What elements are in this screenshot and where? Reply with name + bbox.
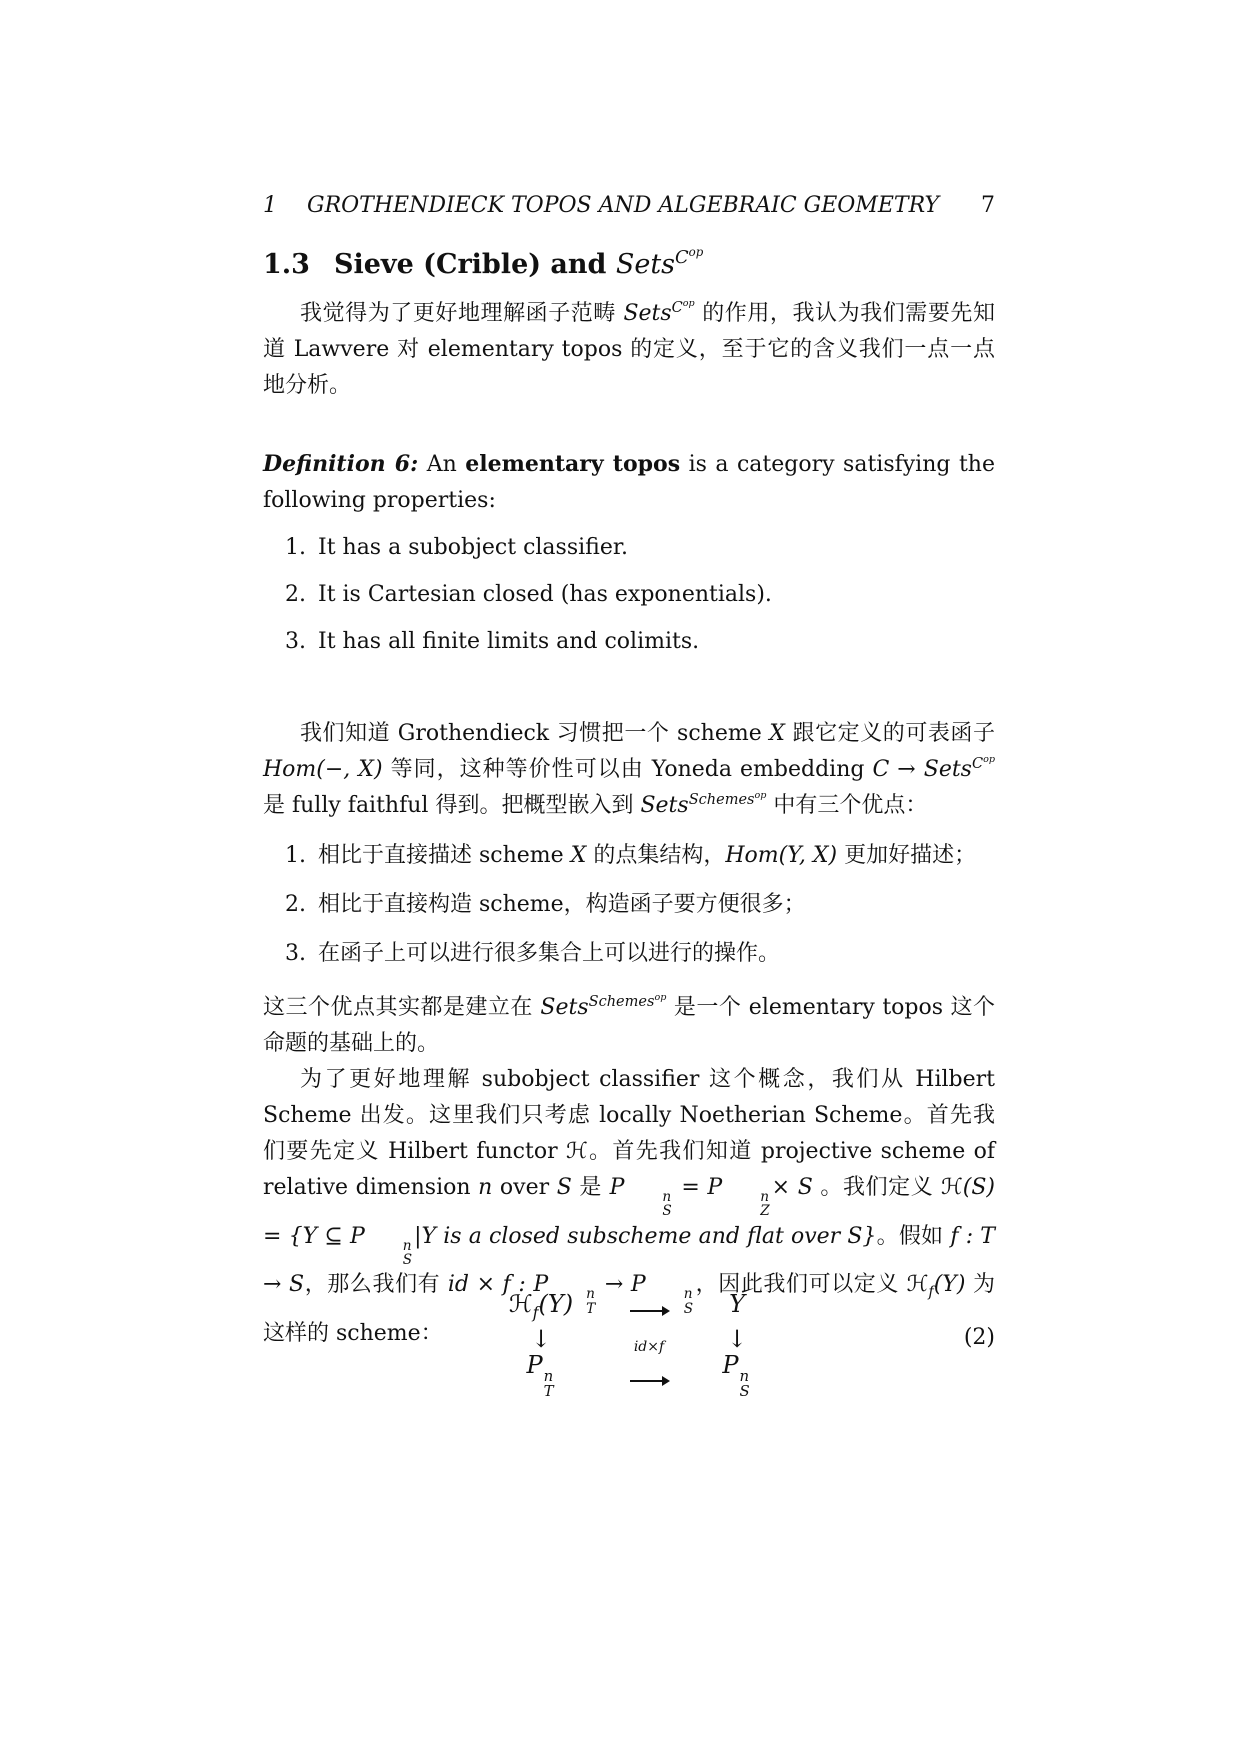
math-run: Hom(−, X) xyxy=(263,757,383,782)
text-run: 等同，这种等价性可以由 Yoneda embedding xyxy=(383,757,873,782)
math-script-h: ℋ xyxy=(566,1139,588,1164)
math-projective-space: PnZ xyxy=(707,1175,771,1200)
paragraph-definition: Definition 6: An elementary topos is a c… xyxy=(263,446,995,519)
math-run: Hom(Y, X) xyxy=(725,843,837,868)
list-item-number: 1. xyxy=(285,838,318,874)
math-run: S xyxy=(557,1175,572,1200)
equation-block: ℋf(Y) Y ↓ ↓ PnT id×f PnS (2) xyxy=(263,1286,995,1406)
text-run: 是 xyxy=(572,1175,610,1200)
list-item: 1.相比于直接描述 scheme X 的点集结构，Hom(Y, X) 更加好描述… xyxy=(263,838,995,874)
running-header: 1GROTHENDIECK TOPOS AND ALGEBRAIC GEOMET… xyxy=(263,188,995,224)
section-title-math: SetsCop xyxy=(616,249,703,280)
right-arrow-icon xyxy=(630,1286,668,1322)
diagram-cell-bottom-right: PnS xyxy=(722,1347,751,1400)
paragraph-intro: 我觉得为了更好地理解函子范畴 SetsCop 的作用，我认为我们需要先知道 La… xyxy=(263,296,995,404)
math-run: |Y is a closed subscheme and flat over S… xyxy=(414,1224,876,1249)
list-item-number: 2. xyxy=(285,887,318,923)
text-run: 是 fully faithful 得到。把概型嵌入到 xyxy=(263,793,640,818)
math-run: C → xyxy=(872,757,923,782)
math-run: × S xyxy=(772,1175,821,1200)
list-item-text: It is Cartesian closed (has exponentials… xyxy=(318,582,772,607)
text-run: 这三个优点其实都是建立在 xyxy=(263,995,540,1020)
list-item: 3.在函子上可以进行很多集合上可以进行的操作。 xyxy=(263,936,995,972)
document-page: 1GROTHENDIECK TOPOS AND ALGEBRAIC GEOMET… xyxy=(0,0,1241,1754)
math-sets-schemes-op: SetsSchemesop xyxy=(540,995,666,1020)
list-item-number: 1. xyxy=(285,530,318,566)
list-item-text: 的点集结构， xyxy=(586,843,725,868)
text-run: 。假如 xyxy=(876,1224,950,1249)
list-item-text: 相比于直接构造 scheme，构造函子要方便很多； xyxy=(318,892,806,917)
text-run: 中有三个优点： xyxy=(766,793,927,818)
list-item-number: 2. xyxy=(285,577,318,613)
list-item-text: It has a subobject classifier. xyxy=(318,535,628,560)
list-item: 2.相比于直接构造 scheme，构造函子要方便很多； xyxy=(263,887,995,923)
running-header-left: 1GROTHENDIECK TOPOS AND ALGEBRAIC GEOMET… xyxy=(263,188,939,224)
list-item: 1.It has a subobject classifier. xyxy=(263,530,995,566)
paragraph-three-advantages: 这三个优点其实都是建立在 SetsSchemesop 是一个 elementar… xyxy=(263,990,995,1062)
list-item: 2.It is Cartesian closed (has exponentia… xyxy=(263,577,995,613)
list-item-number: 3. xyxy=(285,624,318,660)
right-arrow-icon xyxy=(630,1380,668,1382)
text-run: 。我们定义 xyxy=(820,1175,941,1200)
definition-label: Definition 6: xyxy=(263,451,418,477)
page-number: 7 xyxy=(981,188,995,224)
running-header-title: GROTHENDIECK TOPOS AND ALGEBRAIC GEOMETR… xyxy=(307,193,939,218)
diagram-cell-top-right: Y xyxy=(729,1286,745,1322)
commutative-diagram: ℋf(Y) Y ↓ ↓ PnT id×f PnS xyxy=(263,1286,995,1391)
math-sets-cop: SetsCop xyxy=(623,301,694,326)
arrow-label: id×f xyxy=(634,1340,664,1354)
text-run: over xyxy=(492,1175,556,1200)
labeled-right-arrow: id×f xyxy=(630,1356,668,1392)
section-number: 1.3 xyxy=(263,249,310,280)
diagram-cell-top-left: ℋf(Y) xyxy=(509,1286,573,1322)
list-chinese: 1.相比于直接描述 scheme X 的点集结构，Hom(Y, X) 更加好描述… xyxy=(263,838,995,972)
math-run: X xyxy=(571,843,587,868)
list-item-text: 在函子上可以进行很多集合上可以进行的操作。 xyxy=(318,941,780,966)
paragraph-yoneda: 我们知道 Grothendieck 习惯把一个 scheme X 跟它定义的可表… xyxy=(263,716,995,824)
math-script-h: ℋ xyxy=(941,1175,963,1200)
text-run: 我们知道 Grothendieck 习惯把一个 scheme xyxy=(300,721,769,746)
text-run: 跟它定义的可表函子 xyxy=(785,721,995,746)
math-projective-space: PnS xyxy=(610,1175,674,1200)
running-header-section-number: 1 xyxy=(263,193,277,218)
list-item-text: It has all finite limits and colimits. xyxy=(318,629,699,654)
math-run: = xyxy=(674,1175,708,1200)
list-item: 3.It has all finite limits and colimits. xyxy=(263,624,995,660)
section-heading: 1.3Sieve (Crible) and SetsCop xyxy=(263,248,995,282)
section-title: Sieve (Crible) and xyxy=(334,249,606,280)
math-projective-space: PnS xyxy=(350,1224,414,1249)
text-run: An xyxy=(418,452,465,477)
list-english: 1.It has a subobject classifier. 2.It is… xyxy=(263,530,995,660)
math-run: n xyxy=(478,1175,492,1200)
list-item-text: 更加好描述； xyxy=(837,843,976,868)
list-item-text: 相比于直接描述 scheme xyxy=(318,843,571,868)
diagram-cell-bottom-left: PnT xyxy=(526,1347,555,1400)
math-sets-schemes-op: SetsSchemesop xyxy=(640,793,766,818)
math-sets-cop: SetsCop xyxy=(924,757,995,782)
equation-number: (2) xyxy=(964,1320,995,1356)
math-run: X xyxy=(769,721,785,746)
text-run: 我觉得为了更好地理解函子范畴 xyxy=(300,301,623,326)
list-item-number: 3. xyxy=(285,936,318,972)
definition-term: elementary topos xyxy=(465,451,680,477)
